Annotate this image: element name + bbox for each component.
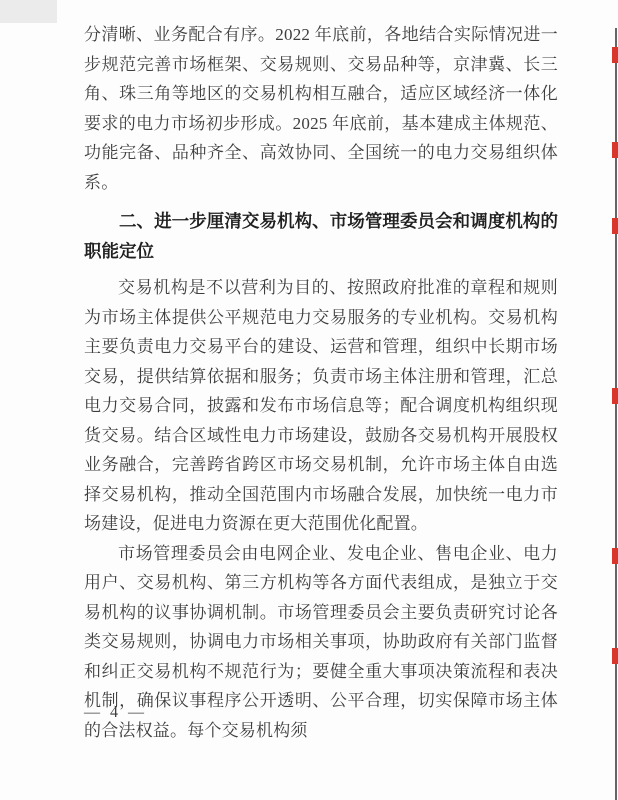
section-heading: 二、进一步厘清交易机构、市场管理委员会和调度机构的职能定位 (84, 206, 558, 266)
paragraph-trading-institutions: 交易机构是不以营利为目的、按照政府批准的章程和规则为市场主体提供公平规范电力交易… (84, 273, 558, 539)
red-edge-mark (612, 47, 618, 63)
document-content: 分清晰、业务配合有序。2022 年底前，各地结合实际情况进一步规范完善市场框架、… (84, 20, 558, 745)
scan-artifact-corner (0, 0, 57, 23)
red-edge-mark (612, 648, 618, 664)
red-edge-mark (612, 548, 618, 564)
paragraph-continued: 分清晰、业务配合有序。2022 年底前，各地结合实际情况进一步规范完善市场框架、… (84, 20, 558, 197)
red-edge-mark (612, 388, 618, 404)
red-edge-mark (612, 142, 618, 158)
red-edge-mark (612, 218, 618, 234)
document-page: 分清晰、业务配合有序。2022 年底前，各地结合实际情况进一步规范完善市场框架、… (0, 0, 618, 800)
paragraph-market-management-committee: 市场管理委员会由电网企业、发电企业、售电企业、电力用户、交易机构、第三方机构等各… (84, 539, 558, 746)
page-number: — 4 — (84, 704, 147, 722)
